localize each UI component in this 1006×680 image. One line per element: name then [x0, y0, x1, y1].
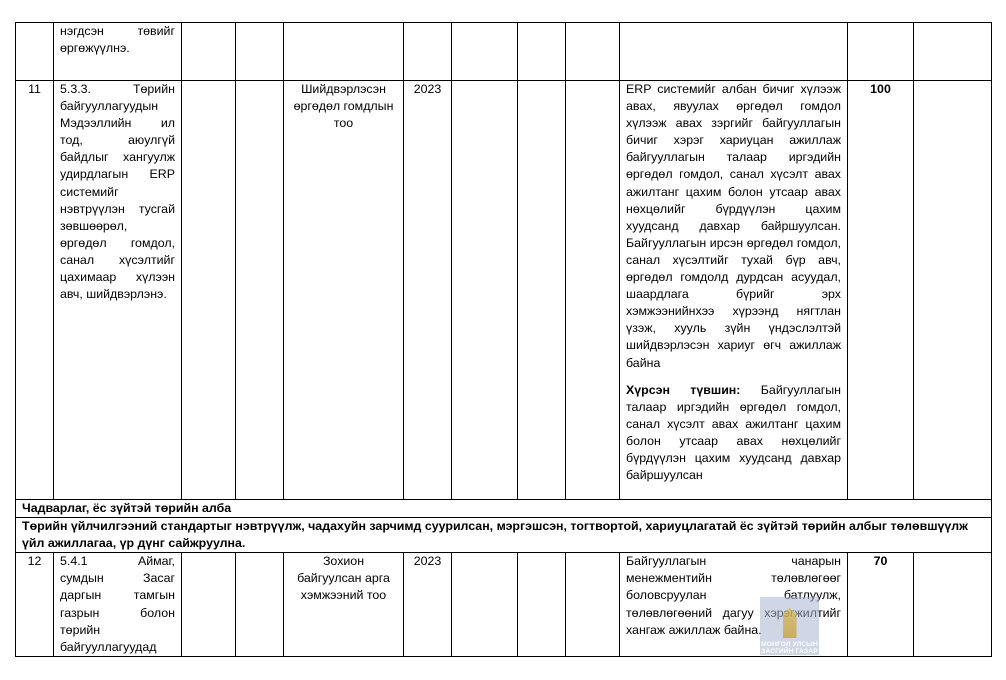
achieved-label: Хүрсэн түвшин: [626, 383, 740, 397]
cell-score: 100 [848, 81, 914, 500]
cell-base-year: 2023 [404, 553, 452, 657]
cell-performance: ERP системийг албан бичиг хүлээж авах, я… [620, 81, 848, 500]
cell-goal: 5.4.1 Аймаг, сумдын Засаг даргын тамгын … [54, 553, 182, 657]
cell-number [16, 23, 54, 81]
table-row: 12 5.4.1 Аймаг, сумдын Засаг даргын тамг… [16, 553, 992, 657]
cell-base-year: 2023 [404, 81, 452, 500]
performance-text: ERP системийг албан бичиг хүлээж авах, я… [626, 81, 841, 372]
cell-performance: Байгууллагын чанарын менежментийн төлөвл… [620, 553, 848, 657]
cell-indicator: Шийдвэрлэсэн өргөдөл гомдлын тоо [284, 81, 404, 500]
table-row: 11 5.3.3. Төрийн байгууллагуудын Мэдээлл… [16, 81, 992, 500]
section-title: Чадварлаг, ёс зүйтэй төрийн алба [16, 500, 992, 518]
performance-table: нэгдсэн төвийг өргөжүүлнэ. 11 5.3.3. Төр… [15, 22, 992, 657]
cell-indicator: Зохион байгуулсан арга хэмжээний тоо [284, 553, 404, 657]
cell-number: 11 [16, 81, 54, 500]
table-row: нэгдсэн төвийг өргөжүүлнэ. [16, 23, 992, 81]
cell-goal: 5.3.3. Төрийн байгууллагуудын Мэдээллийн… [54, 81, 182, 500]
achieved-text: Байгууллагын талаар иргэдийн өргөдөл гом… [626, 383, 841, 482]
achieved-level: Хүрсэн түвшин: Байгууллагын талаар иргэд… [626, 382, 841, 485]
cell-goal: нэгдсэн төвийг өргөжүүлнэ. [54, 23, 182, 81]
section-row: Чадварлаг, ёс зүйтэй төрийн алба [16, 500, 992, 518]
section-goal: Төрийн үйлчилгээний стандартыг нэвтрүүлж… [16, 518, 992, 553]
section-goal-row: Төрийн үйлчилгээний стандартыг нэвтрүүлж… [16, 518, 992, 553]
cell-score: 70 [848, 553, 914, 657]
cell-number: 12 [16, 553, 54, 657]
